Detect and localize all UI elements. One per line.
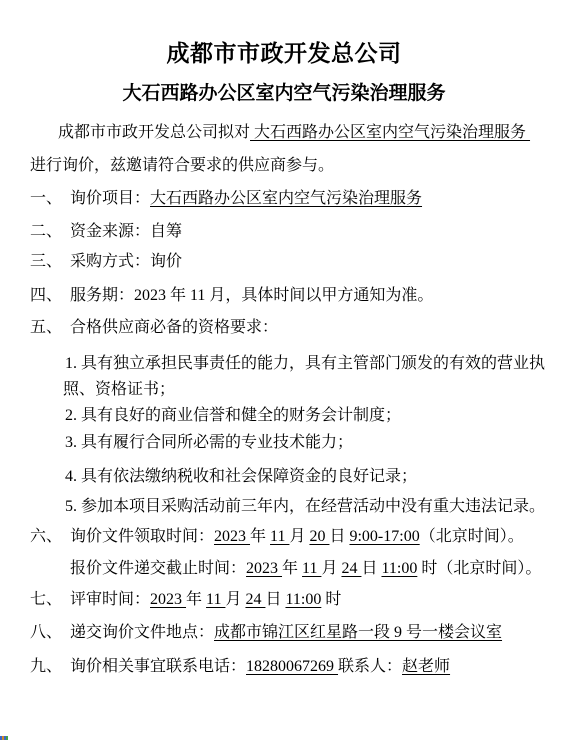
item-6-text: 询价文件领取时间：2023 年 11 月 20 日 9:00-17:00（北京时… — [70, 528, 524, 545]
corner-pixel-artifact — [0, 736, 8, 740]
doc-title-company: 成都市市政开发总公司 — [0, 40, 568, 68]
item-1-text: 询价项目：大石西路办公区室内空气污染治理服务 — [70, 190, 422, 207]
list-item-1: 一、询价项目：大石西路办公区室内空气污染治理服务 — [30, 186, 558, 212]
item-7-number: 七、 — [30, 587, 70, 613]
doc-title-project: 大石西路办公区室内空气污染治理服务 — [0, 80, 568, 108]
qualification-3: 3. 具有履行合同所必需的专业技术能力； — [65, 430, 558, 456]
item-4-text: 服务期：2023 年 11 月，具体时间以甲方通知为准。 — [70, 287, 433, 304]
list-item-8: 八、递交询价文件地点：成都市锦江区红星路一段 9 号一楼会议室 — [30, 620, 558, 646]
qualification-1-line-1: 1. 具有独立承担民事责任的能力，具有主管部门颁发的有效的营业执 — [65, 351, 558, 377]
item-9-text: 询价相关事宜联系电话：18280067269 联系人：赵老师 — [70, 658, 450, 675]
item-2-text: 资金来源：自筹 — [70, 223, 182, 240]
list-item-6-line-2: 报价文件递交截止时间：2023 年 11 月 24 日 11:00 时（北京时间… — [70, 556, 558, 582]
item-8-text: 递交询价文件地点：成都市锦江区红星路一段 9 号一楼会议室 — [70, 624, 502, 641]
list-item-9: 九、询价相关事宜联系电话：18280067269 联系人：赵老师 — [30, 654, 558, 680]
list-item-5: 五、合格供应商必备的资格要求： — [30, 315, 558, 341]
qualification-4: 4. 具有依法缴纳税收和社会保障资金的良好记录； — [65, 464, 558, 490]
list-item-4: 四、服务期：2023 年 11 月，具体时间以甲方通知为准。 — [30, 283, 558, 309]
item-5-number: 五、 — [30, 315, 70, 341]
item-2-number: 二、 — [30, 219, 70, 245]
item-8-number: 八、 — [30, 620, 70, 646]
item-6-number: 六、 — [30, 524, 70, 550]
list-item-3: 三、采购方式：询价 — [30, 249, 558, 275]
document-page: 成都市市政开发总公司 大石西路办公区室内空气污染治理服务 成都市市政开发总公司拟… — [0, 0, 568, 743]
intro-line-2: 进行询价，兹邀请符合要求的供应商参与。 — [30, 153, 558, 179]
item-9-number: 九、 — [30, 654, 70, 680]
list-item-2: 二、资金来源：自筹 — [30, 219, 558, 245]
list-item-7: 七、评审时间：2023 年 11 月 24 日 11:00 时 — [30, 587, 558, 613]
intro-line-1: 成都市市政开发总公司拟对 大石西路办公区室内空气污染治理服务 — [30, 120, 558, 146]
item-3-number: 三、 — [30, 249, 70, 275]
qualification-2: 2. 具有良好的商业信誉和健全的财务会计制度； — [65, 403, 558, 429]
item-5-text: 合格供应商必备的资格要求： — [70, 319, 278, 336]
item-7-text: 评审时间：2023 年 11 月 24 日 11:00 时 — [70, 591, 341, 608]
item-1-number: 一、 — [30, 186, 70, 212]
artifact-dot — [6, 736, 8, 740]
qualification-5: 5. 参加本项目采购活动前三年内，在经营活动中没有重大违法记录。 — [65, 494, 558, 520]
list-item-6: 六、询价文件领取时间：2023 年 11 月 20 日 9:00-17:00（北… — [30, 524, 558, 550]
qualification-1-line-2: 照、资格证书； — [63, 377, 558, 403]
item-4-number: 四、 — [30, 283, 70, 309]
item-3-text: 采购方式：询价 — [70, 253, 182, 270]
